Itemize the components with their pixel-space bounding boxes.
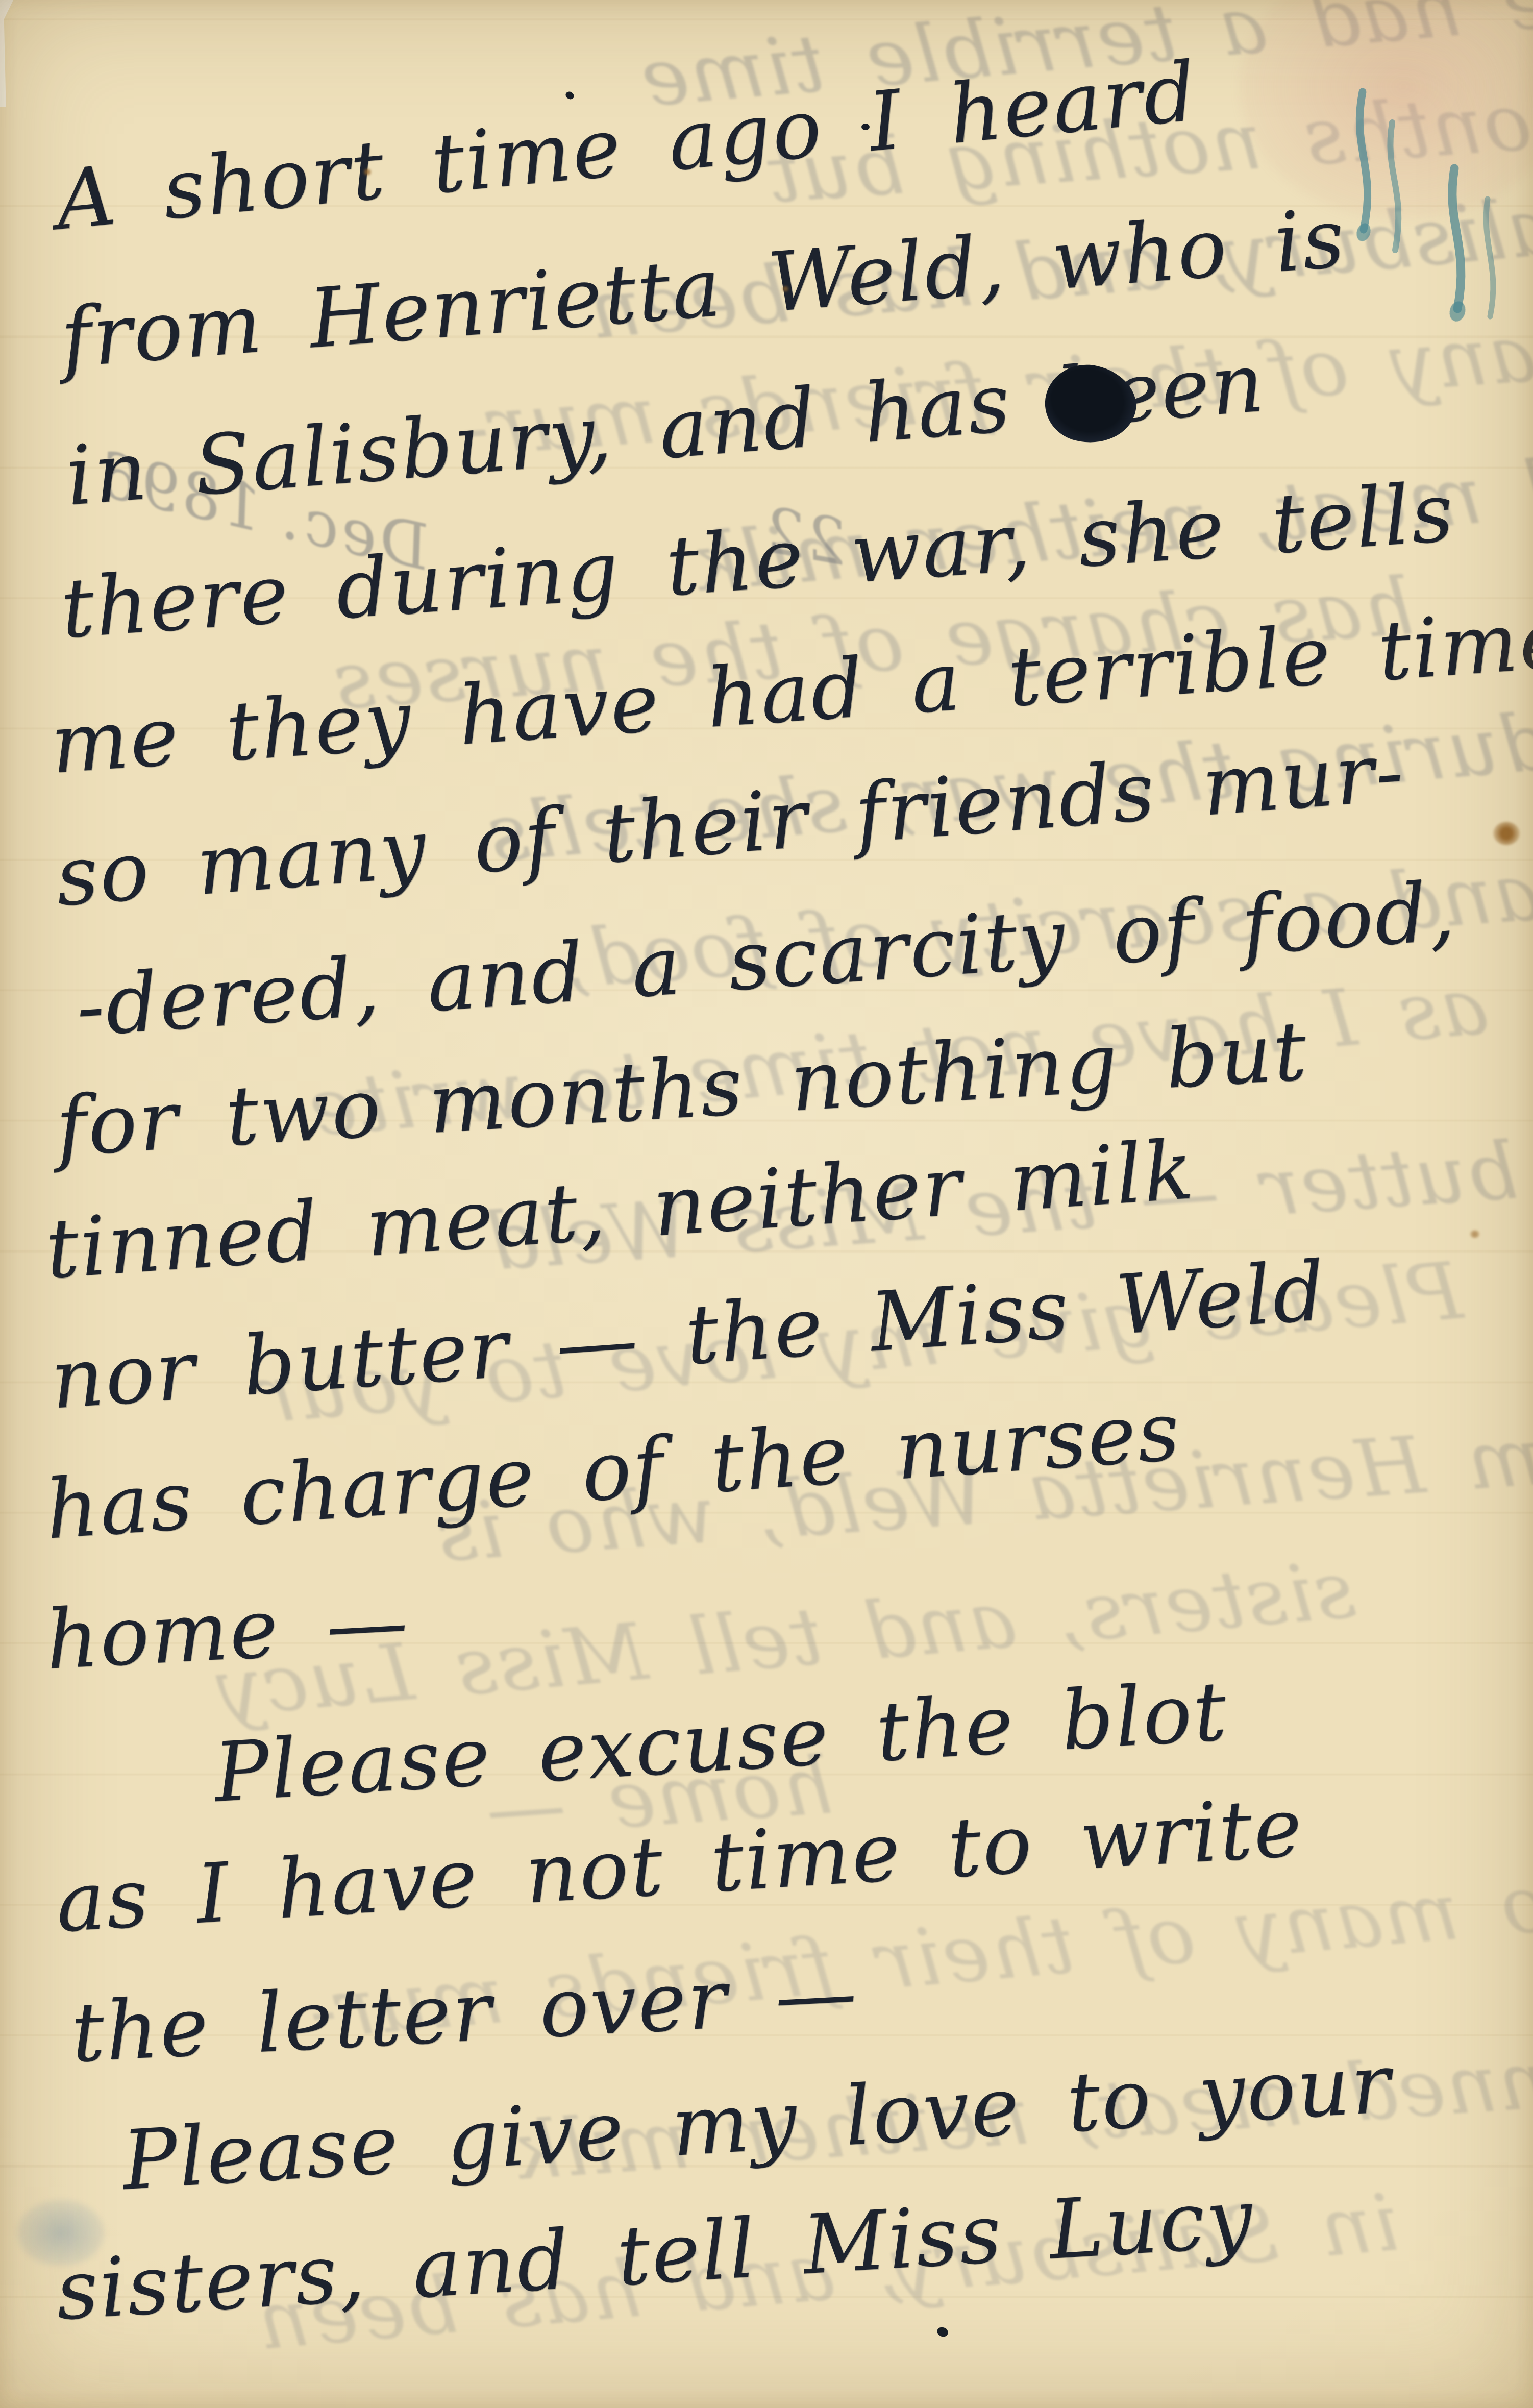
letter-page: me they have had a terrible time for two… bbox=[0, 0, 1533, 2408]
handwriting-line: home — bbox=[43, 1574, 411, 1688]
foxing-spot bbox=[782, 286, 789, 292]
foxing-spot bbox=[1493, 822, 1520, 845]
foxing-spot bbox=[1470, 1230, 1480, 1238]
blue-smudge bbox=[17, 2200, 104, 2266]
ink-layer: A short time ago I heard from Henrietta … bbox=[0, 0, 1533, 2408]
ink-fleck bbox=[861, 124, 870, 130]
foxing-spot bbox=[363, 168, 372, 176]
handwriting-line: the letter over — bbox=[69, 1944, 860, 2081]
